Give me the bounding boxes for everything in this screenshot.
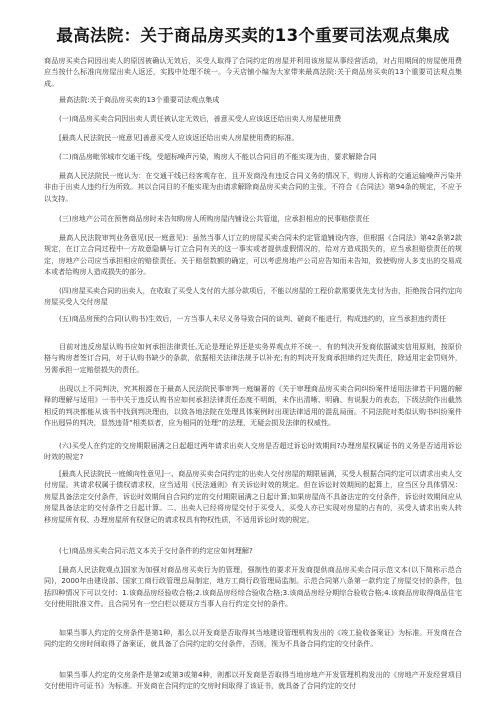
paragraph-3: 最高人民法院审判业务意见(民一庭意见)：虽然当事人订立的房屋买卖合同未约定管道铺… xyxy=(44,232,462,278)
heading-6: (六)买受人在约定的交房期限届满之日起超过两年请求出卖人交房是否超过诉讼时效期间… xyxy=(44,440,462,463)
intro-paragraph: 商品房买卖合同因出卖人的原因被确认无效后，买受人取得了合同约定的房屋并利用该房屋… xyxy=(44,55,462,89)
document-title: 最高法院：关于商品房买卖的13个重要司法观点集成 xyxy=(42,22,464,46)
paragraph-5b: 出现以上不同判决，究其根源在于最高人民法院民事审判一庭编著的《关于审理商品房买卖… xyxy=(44,383,462,429)
paragraph-1: [最高人民法院民一庭意见]善意买受人应该返还给出卖人房屋使用费的标准。 xyxy=(44,132,462,143)
paragraph-2: 最高人民法院民一庭认为：在交通干线已经客观存在，且开发商没有违反合同义务的情况下… xyxy=(44,170,462,204)
paragraph-6: [最高人民法院民一庭倾向性意见]一、商品房买卖合同约定的出卖人交付房屋的期限届满… xyxy=(44,468,462,525)
heading-1: (一)商品房买卖合同因出卖人责任被认定无效后，善意买受人应该返还给出卖人房屋使用… xyxy=(44,113,462,124)
paragraph-5a: 目前对违反房屋认购书应如何承担法律责任,无论是理论界还是实务界观点并不统一，有的… xyxy=(44,341,462,375)
paragraph-7a: [最高人民法院观点]国家为加强对商品房买卖行为的管理，强制性的要求开发商提供商品… xyxy=(44,564,462,610)
heading-5: (五)商品房预约合同(认购书)生效后，一方当事人未尽义务导致合同的谈判、磋商不能… xyxy=(44,313,462,324)
heading-3: (三)房地产公司在预售商品房时未告知购房人所购房屋内铺设公共管道，应承担相应的民… xyxy=(44,213,462,224)
heading-2: (二)商品房毗邻城市交通干线，受超标噪声污染，购房人不能以合同目的不能实现为由，… xyxy=(44,151,462,162)
paragraph-7c: 如果当事人约定的交房条件是第2或第3或第4种，则都以开发商是否取得当地房地产开发… xyxy=(44,669,462,692)
heading-4: (四)房屋买卖合同的出卖人，在收取了买受人支付的大部分款项后，不能以房屋的工程价… xyxy=(44,285,462,308)
paragraph-7b: 如果当事人约定的交房条件是第1种，那么以开发商是否取得其当地建设管理机构发出的《… xyxy=(44,627,462,650)
subtitle-paragraph: 最高法院:关于商品房买卖的13个重要司法观点集成 xyxy=(44,94,462,105)
heading-7: (七)商品房买卖合同示范文本关于交付条件的约定应如何理解? xyxy=(44,545,462,556)
